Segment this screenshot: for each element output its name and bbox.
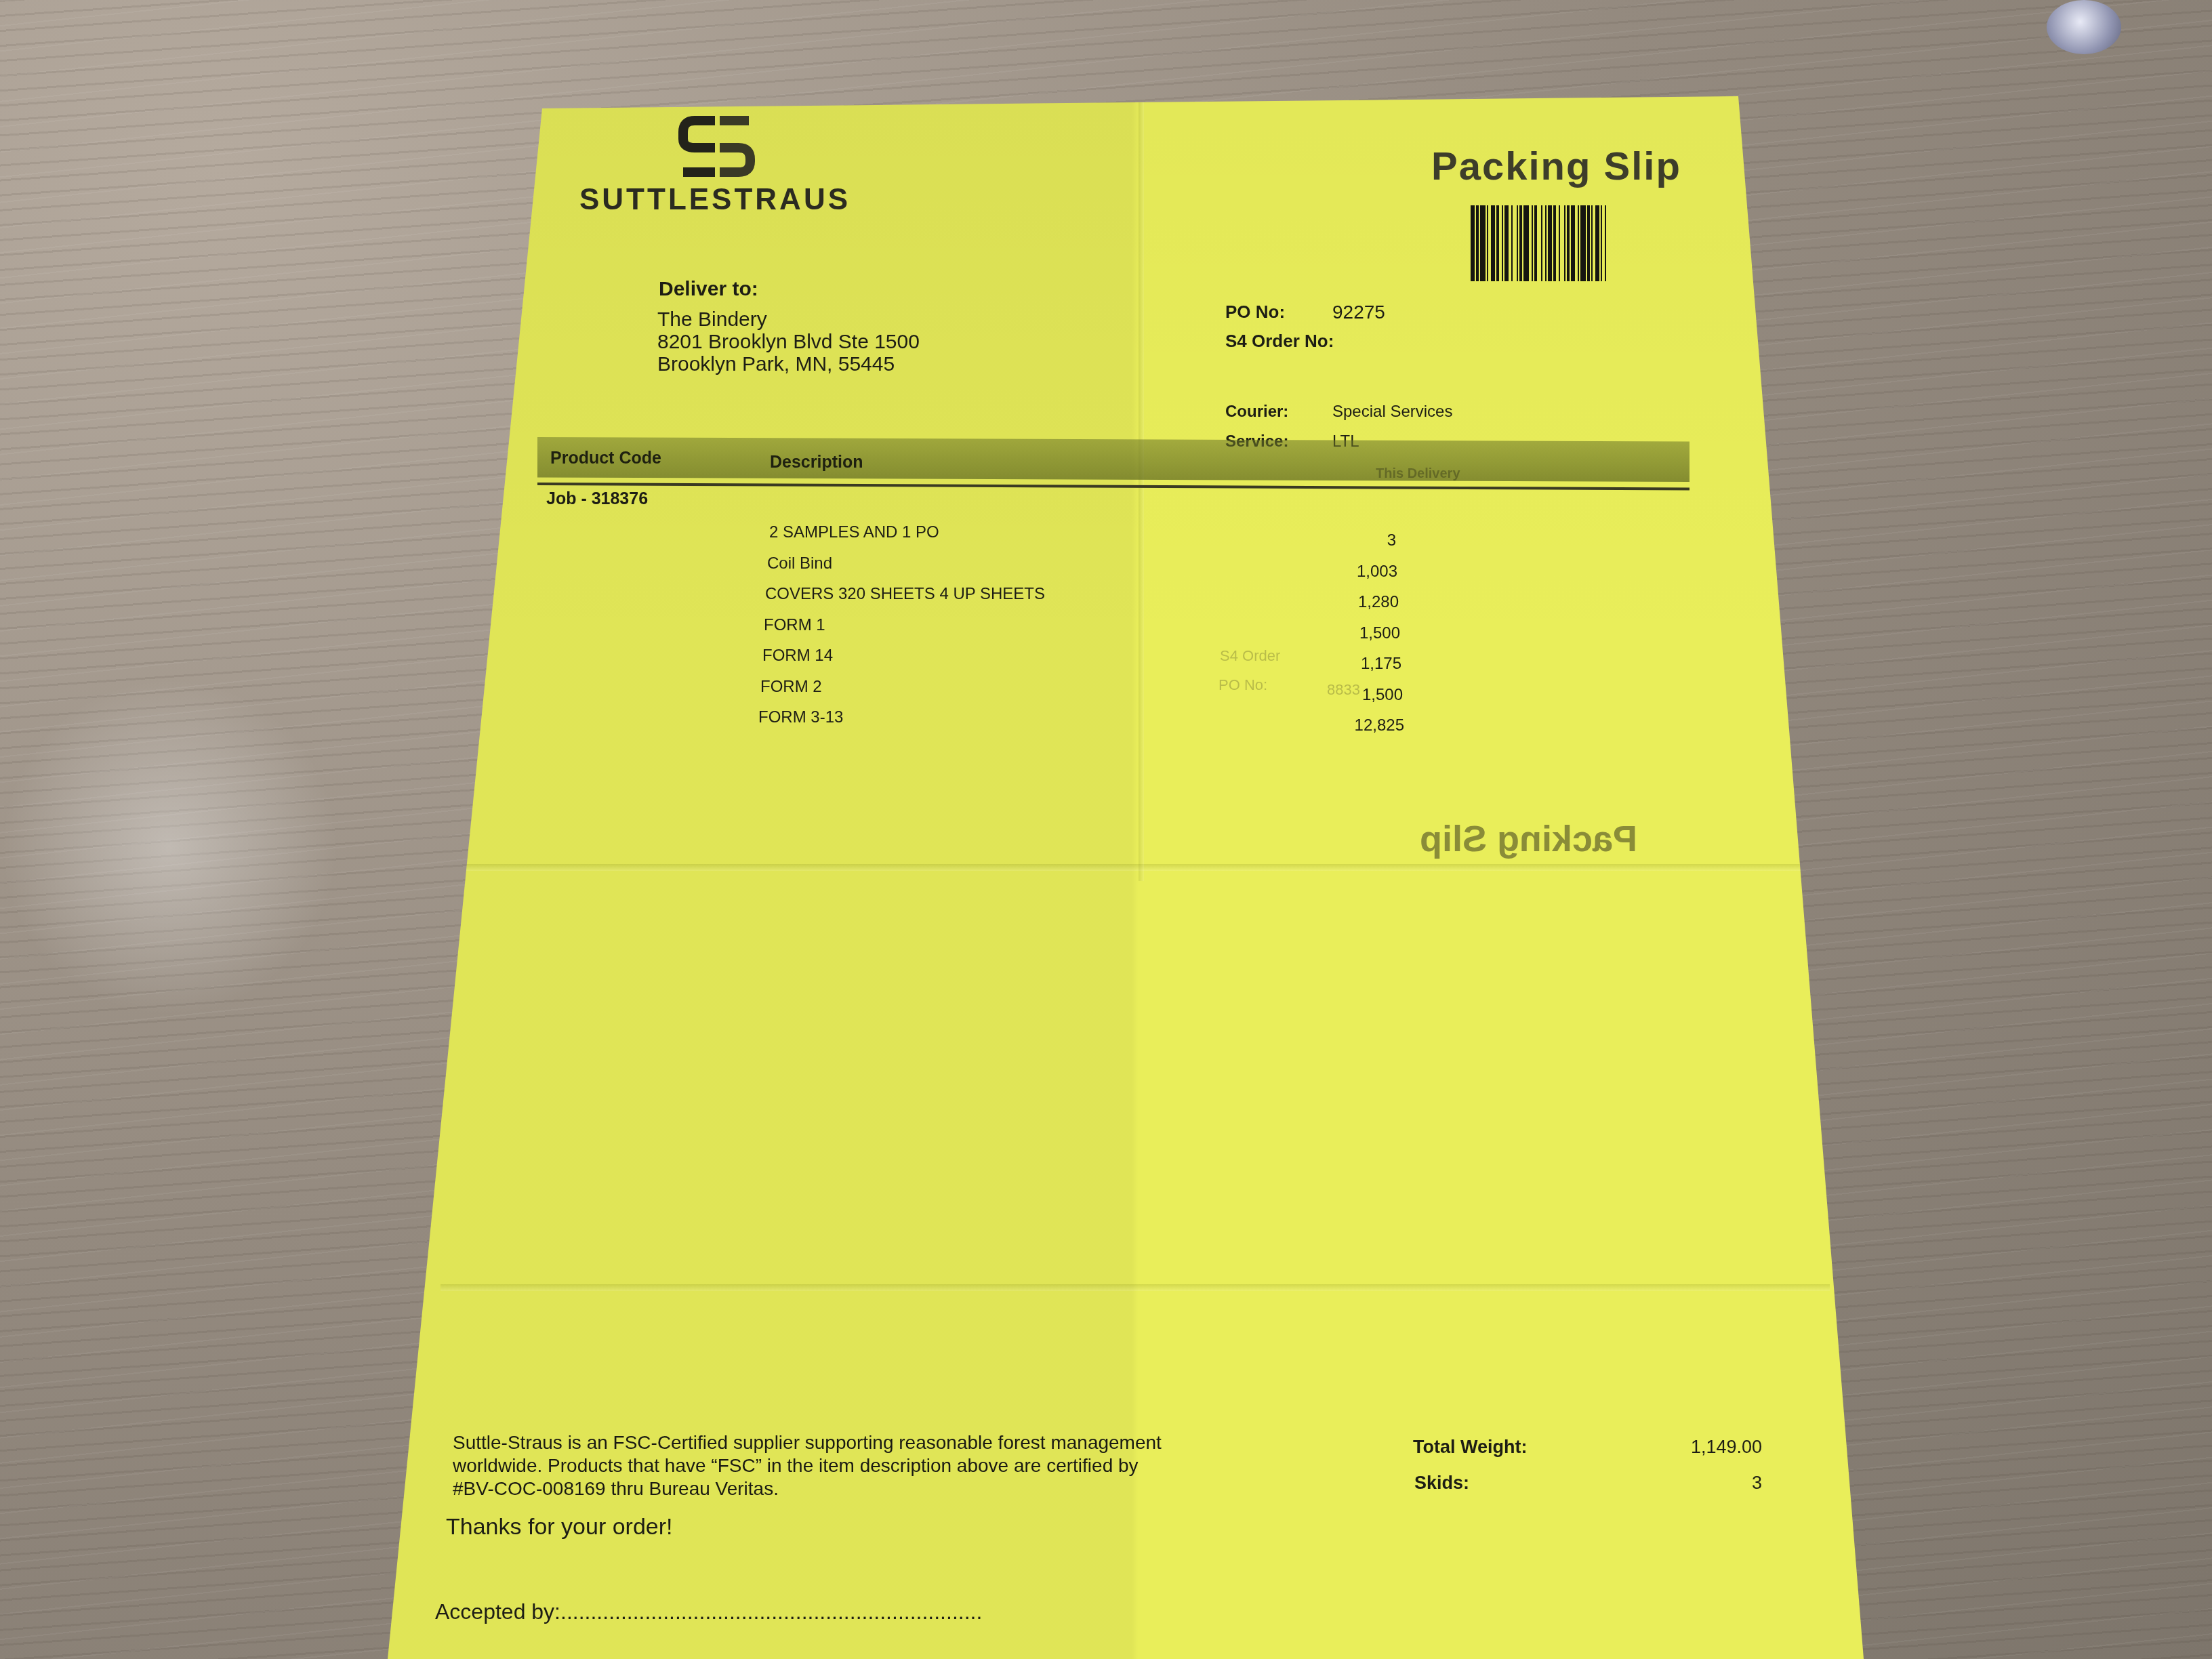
product-code-value: Job - 318376 <box>546 489 648 509</box>
courier-label: Courier: <box>1225 403 1288 422</box>
line-item-description: 2 SAMPLES AND 1 PO <box>769 523 939 542</box>
s4-order-label: S4 Order No: <box>1225 331 1334 352</box>
po-number-label: PO No: <box>1225 302 1285 323</box>
barcode-bar <box>1480 205 1486 281</box>
total-weight-value: 1,149.00 <box>1620 1437 1762 1458</box>
ghost-imprint-text: PO No: <box>1218 676 1267 694</box>
paper-fold <box>1139 102 1144 881</box>
line-item-quantity: 3 <box>1301 531 1396 550</box>
fsc-notice: Suttle-Straus is an FSC-Certified suppli… <box>453 1431 1185 1500</box>
deliver-to-line: 8201 Brooklyn Blvd Ste 1500 <box>657 331 920 354</box>
line-item-quantity: 12,825 <box>1309 716 1404 735</box>
po-number-value: 92275 <box>1332 302 1385 323</box>
total-weight-label: Total Weight: <box>1413 1437 1527 1458</box>
line-item-quantity: 1,500 <box>1305 624 1400 643</box>
barcode-bar <box>1580 205 1586 281</box>
line-item-description: Coil Bind <box>767 554 832 573</box>
line-item-description: COVERS 320 SHEETS 4 UP SHEETS <box>765 585 1045 604</box>
courier-value: Special Services <box>1332 403 1452 422</box>
barcode-bar <box>1606 205 1610 281</box>
paper-fold <box>441 1284 1830 1291</box>
barcode <box>1471 205 1673 281</box>
ghost-imprint-text: 8833 <box>1327 681 1360 699</box>
deliver-to-line: Brooklyn Park, MN, 55445 <box>657 353 895 376</box>
line-item-quantity: 1,280 <box>1304 593 1399 612</box>
document-title: Packing Slip <box>1431 144 1681 189</box>
accepted-by-line: Accepted by:............................… <box>435 1599 982 1624</box>
ghost-imprint-text: S4 Order <box>1220 647 1280 665</box>
suttle-straus-s-logo-icon <box>678 115 756 180</box>
barcode-bar <box>1523 205 1529 281</box>
company-wordmark: SUTTLESTRAUS <box>579 183 851 217</box>
column-header-description: Description <box>770 453 863 472</box>
line-item-description: FORM 1 <box>764 616 825 635</box>
paper-fold <box>441 864 1830 871</box>
line-item-description: FORM 14 <box>762 647 833 665</box>
table-header-band <box>537 437 1689 482</box>
coin <box>2047 0 2121 54</box>
deliver-to-heading: Deliver to: <box>659 278 758 301</box>
line-item-description: FORM 2 <box>760 678 822 697</box>
column-header-product-code: Product Code <box>550 449 661 468</box>
line-item-quantity: 1,003 <box>1303 562 1397 581</box>
line-item-quantity: 1,175 <box>1307 655 1401 674</box>
line-item-description: FORM 3-13 <box>758 708 843 727</box>
thanks-message: Thanks for your order! <box>446 1514 672 1540</box>
skids-label: Skids: <box>1414 1473 1469 1494</box>
skids-value: 3 <box>1620 1473 1762 1494</box>
deliver-to-line: The Bindery <box>657 308 767 331</box>
column-header-this-delivery: This Delivery <box>1376 466 1460 482</box>
desk-glare <box>0 678 339 1017</box>
ghost-imprint-title: Packing Slip <box>1420 818 1637 860</box>
